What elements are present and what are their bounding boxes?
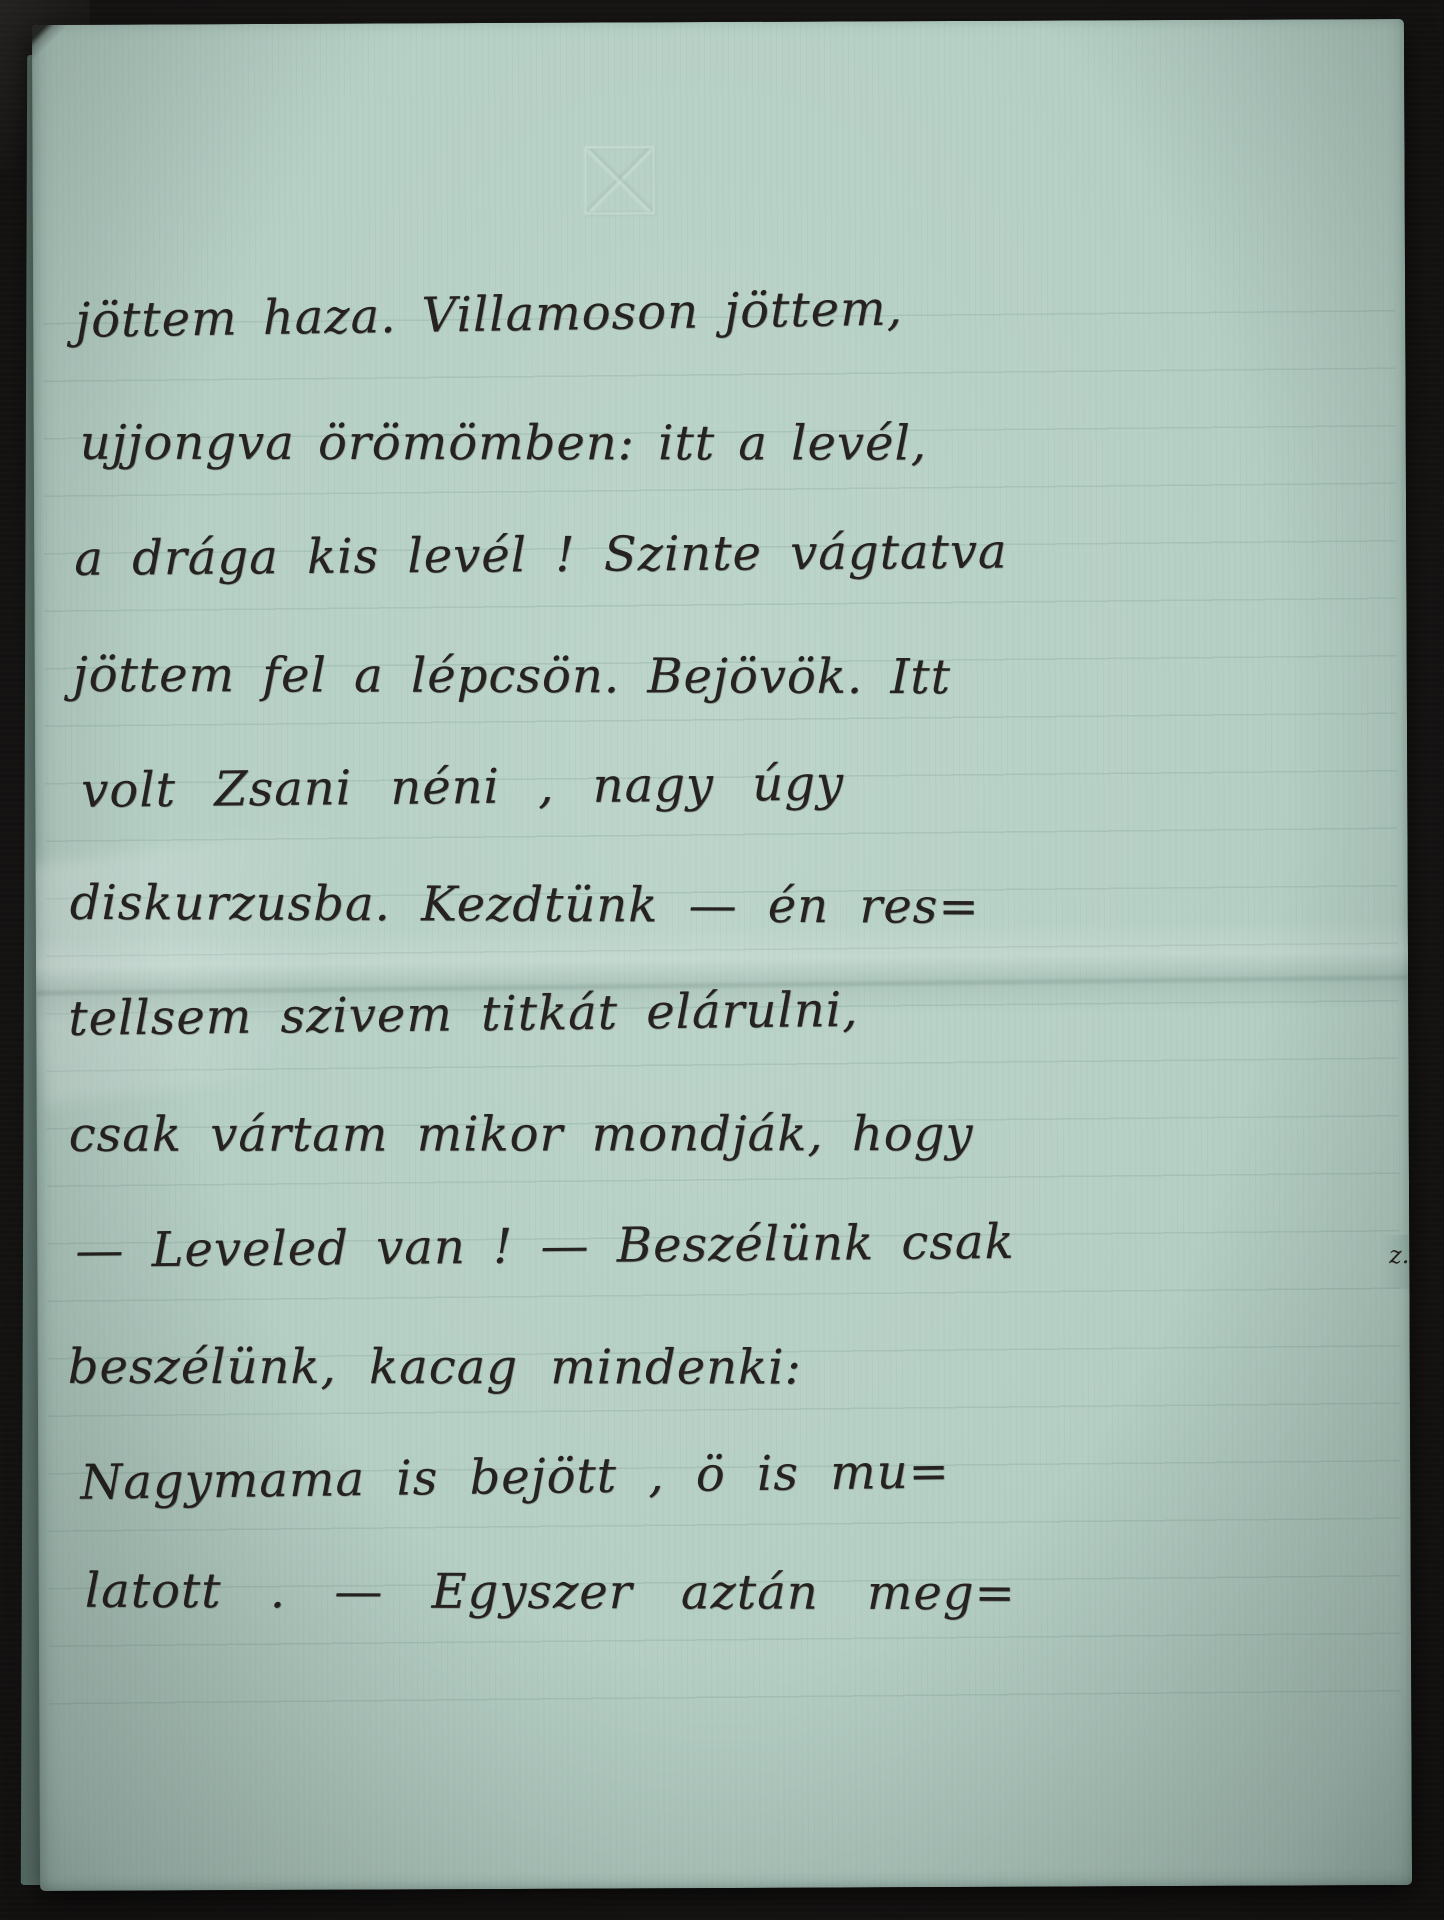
letter-page: jöttem haza. Villamoson jöttem, ujjongva… (32, 19, 1412, 1891)
handwritten-line: a drága kis levél ! Szinte vágtatva (74, 523, 1008, 586)
handwritten-line: latott . — Egyszer aztán meg= (85, 1563, 1016, 1621)
handwritten-line: diskurzusba. Kezdtünk — én res= (70, 875, 980, 935)
handwritten-line: volt Zsani néni , nagy úgy (81, 755, 844, 818)
adjacent-page-ink-fragment: z. (1379, 1235, 1409, 1289)
handwritten-line: csak vártam mikor mondják, hogy (69, 1106, 974, 1163)
handwritten-line: — Leveled van ! — Beszélünk csak (75, 1214, 1015, 1279)
embossed-stamp-icon (584, 146, 654, 214)
handwritten-line: Nagymama is bejött , ö is mu= (80, 1443, 950, 1510)
handwritten-line: jöttem fel a lépcsön. Bejövök. Itt (73, 647, 951, 705)
handwritten-line: beszélünk, kacag mindenki: (68, 1339, 802, 1396)
photo-background: jöttem haza. Villamoson jöttem, ujjongva… (0, 0, 1444, 1920)
handwritten-line: tellsem szivem titkát elárulni, (68, 982, 859, 1047)
handwritten-line: ujjongva örömömben: itt a levél, (80, 415, 927, 472)
corner-wear (32, 25, 78, 71)
